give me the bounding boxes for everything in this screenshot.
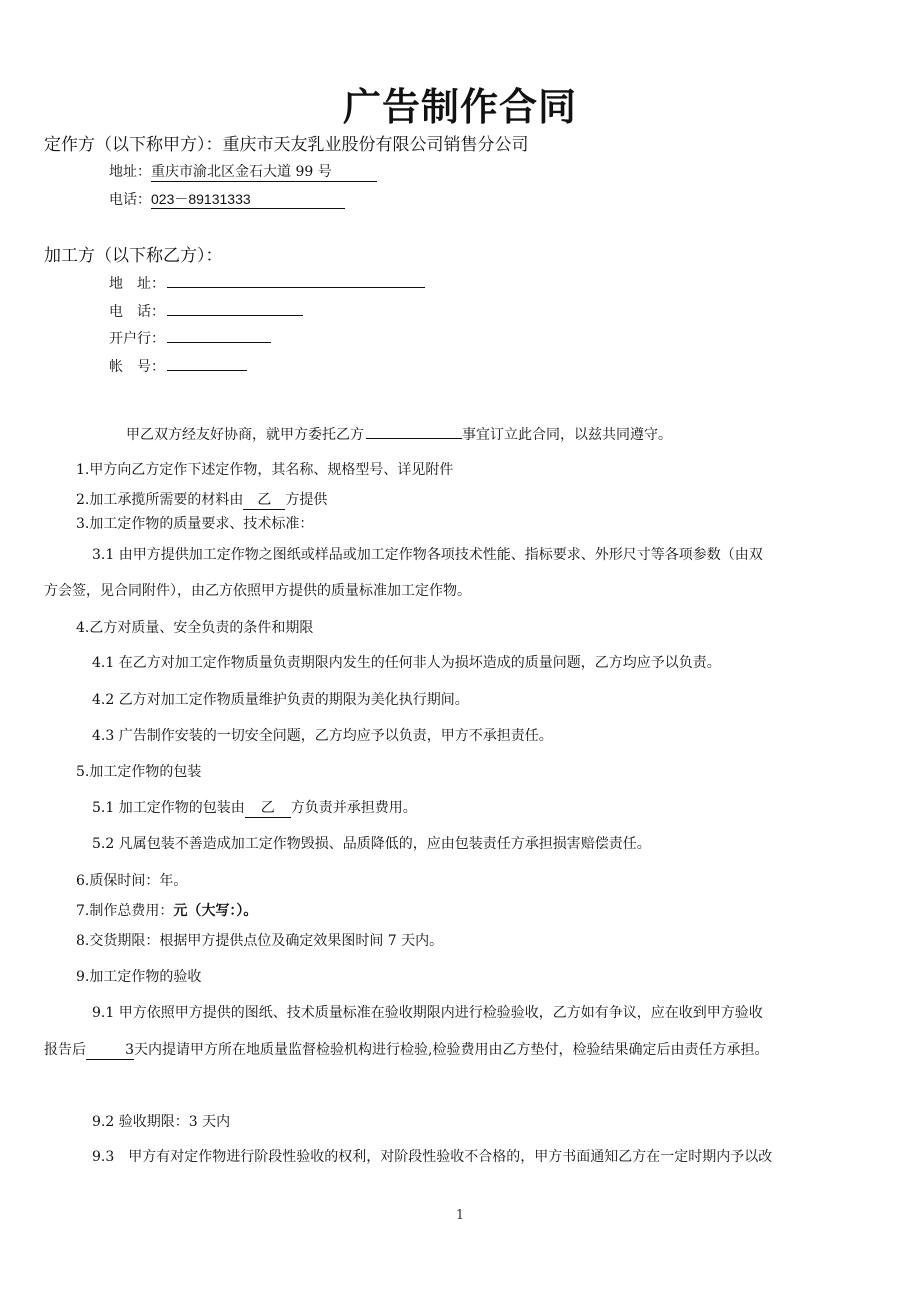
document-title: 广告制作合同 [0,82,920,132]
clause-7: 7.制作总费用：元（大写：）。 [76,901,257,921]
party-a-label: 定作方（以下称甲方）： [44,135,223,155]
party-b-account-label: 帐 号： [109,359,165,375]
party-a-address-label: 地址： [109,164,151,180]
clause-5-1-text: 5.1 加工定作物的包装由 [92,800,245,816]
party-a-phone-value: 023－89131333 [151,190,345,209]
party-a-name: 重庆市天友乳业股份有限公司销售分公司 [223,135,529,155]
intro-paragraph: 甲乙双方经友好协商，就甲方委托乙方事宜订立此合同，以兹共同遵守。 [126,424,672,445]
clause-7-amount: 元（大写：）。 [173,903,257,919]
page-number: 1 [0,1208,920,1223]
clause-4-3: 4.3 广告制作安装的一切安全问题，乙方均应予以负责，甲方不承担责任。 [92,726,553,746]
clause-4: 4.乙方对质量、安全负责的条件和期限 [76,618,313,638]
party-a-phone-label: 电话： [109,192,151,208]
party-b-account: 帐 号： [109,356,247,377]
party-b-label: 加工方（以下称乙方）： [44,245,223,267]
party-a-line: 定作方（以下称甲方）：重庆市天友乳业股份有限公司销售分公司 [44,134,529,156]
clause-2-text-after: 方提供 [285,492,327,508]
party-b-bank: 开户行： [109,328,271,349]
clause-3-1-line1: 3.1 由甲方提供加工定作物之图纸或样品或加工定作物各项技术性能、指标要求、外形… [92,545,763,565]
clause-4-2: 4.2 乙方对加工定作物质量维护负责的期限为美化执行期间。 [92,690,469,710]
clause-9-3: 9.3 甲方有对定作物进行阶段性验收的权利，对阶段性验收不合格的，甲方书面通知乙… [92,1147,772,1167]
party-b-address-label: 地 址： [109,276,165,292]
clause-9-1-line2: 报告后3天内提请甲方所在地质量监督检验机构进行检验,检验费用由乙方垫付，检验结果… [44,1040,768,1060]
clause-8: 8.交货期限：根据甲方提供点位及确定效果图时间 7 天内。 [76,931,443,951]
clause-5: 5.加工定作物的包装 [76,762,201,782]
party-a-address-value: 重庆市渝北区金石大道 99 号 [151,163,377,182]
clause-2-fill: 乙 [243,491,285,510]
clause-9-1-text: 报告后 [44,1042,86,1058]
intro-text-after: 事宜订立此合同，以兹共同遵守。 [462,427,672,443]
clause-5-1: 5.1 加工定作物的包装由乙方负责并承担费用。 [92,798,417,818]
party-b-address: 地 址： [109,273,425,294]
clause-5-1-text-after: 方负责并承担费用。 [291,800,417,816]
clause-9-1-line1: 9.1 甲方依照甲方提供的图纸、技术质量标准在验收期限内进行检验验收，乙方如有争… [92,1003,763,1023]
party-b-bank-blank[interactable] [167,328,271,343]
clause-2-text: 2.加工承揽所需要的材料由 [76,492,243,508]
clause-9-1-fill: 3 [86,1041,134,1060]
clause-9: 9.加工定作物的验收 [76,967,201,987]
clause-3: 3.加工定作物的质量要求、技术标准： [76,514,313,534]
clause-4-1: 4.1 在乙方对加工定作物质量负责期限内发生的任何非人为损坏造成的质量问题，乙方… [92,653,721,673]
clause-9-2: 9.2 验收期限：3 天内 [92,1112,230,1132]
party-a-phone: 电话：023－89131333 [109,190,345,210]
party-b-account-blank[interactable] [167,356,247,371]
clause-7-text: 7.制作总费用： [76,903,173,919]
clause-3-1-line2: 方会签，见合同附件），由乙方依照甲方提供的质量标准加工定作物。 [44,581,471,601]
party-a-address: 地址：重庆市渝北区金石大道 99 号 [109,162,377,182]
party-b-phone: 电 话： [109,301,303,322]
clause-9-1-text-after: 天内提请甲方所在地质量监督检验机构进行检验,检验费用由乙方垫付，检验结果确定后由… [134,1042,768,1058]
clause-2: 2.加工承揽所需要的材料由乙方提供 [76,490,327,510]
clause-5-1-fill: 乙 [245,799,291,818]
intro-text-before: 甲乙双方经友好协商，就甲方委托乙方 [126,427,364,443]
party-b-phone-blank[interactable] [167,301,303,316]
clause-6: 6.质保时间：年。 [76,871,187,891]
party-b-phone-label: 电 话： [109,304,165,320]
clause-1: 1.甲方向乙方定作下述定作物，其名称、规格型号、详见附件 [76,460,453,480]
party-b-address-blank[interactable] [167,273,425,288]
clause-5-2: 5.2 凡属包装不善造成加工定作物毁损、品质降低的，应由包装责任方承担损害赔偿责… [92,834,651,854]
party-b-bank-label: 开户行： [109,331,165,347]
intro-matter-blank[interactable] [366,424,462,439]
